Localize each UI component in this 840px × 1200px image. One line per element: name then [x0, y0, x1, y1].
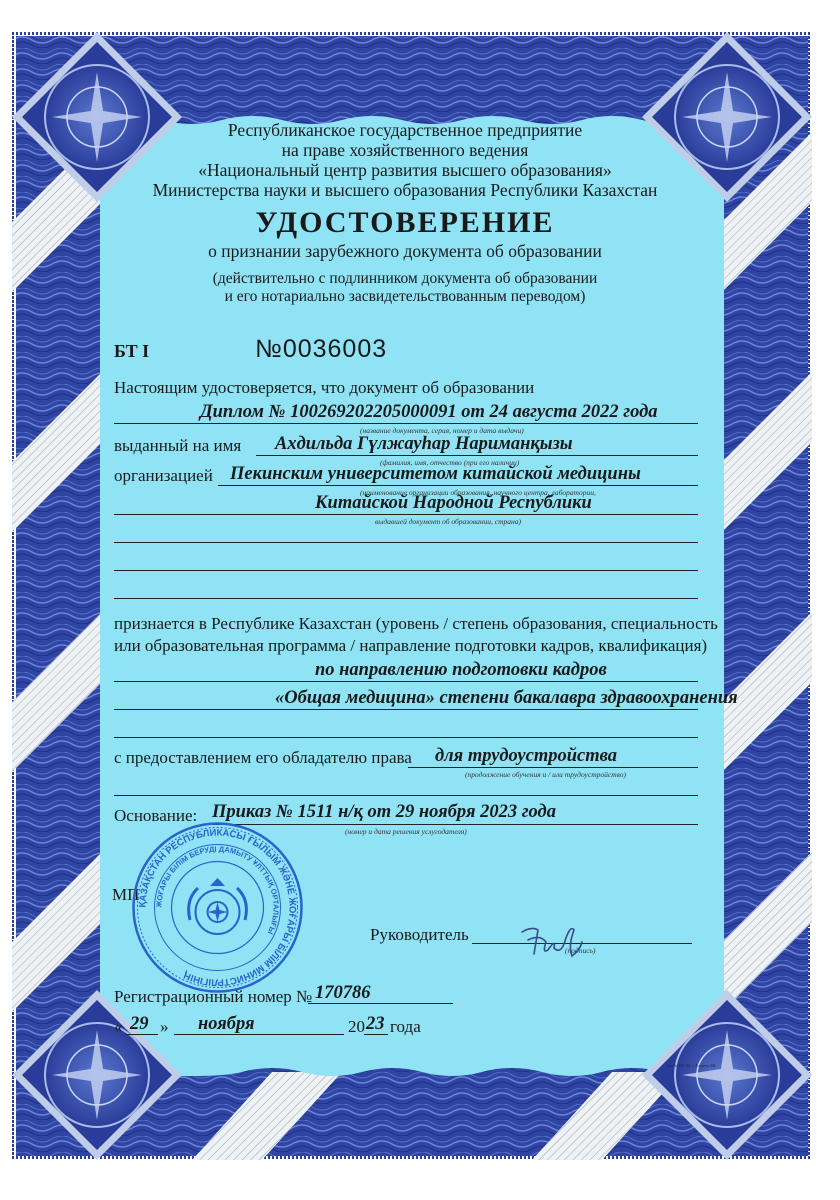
- validity-note-line: и его нотариально засвидетельствованным …: [100, 288, 710, 306]
- issuer-line: Республиканское государственное предприя…: [100, 120, 710, 140]
- document-series: БТ I: [114, 341, 149, 362]
- validity-note: (действительно с подлинником документа о…: [100, 270, 710, 306]
- rule-line: [114, 542, 698, 543]
- document-value: Диплом № 100269202205000091 от 24 август…: [200, 402, 658, 423]
- rule-line: [114, 795, 698, 796]
- rule-line: [114, 598, 698, 599]
- holder-name: Ахдильда Гүлжауһар Нариманқызы: [275, 434, 573, 455]
- rule-line: [126, 1034, 158, 1035]
- recognized-text-2: или образовательная программа / направле…: [114, 636, 698, 656]
- basis-caption: (номер и дата решения услугодателя): [345, 827, 467, 836]
- program-line-1: по направлению подготовки кадров: [315, 660, 607, 681]
- seal-emblem-icon: ҚАЗАҚСТАН РЕСПУБЛИКАСЫ ҒЫЛЫМ ЖӘНЕ ЖОҒАРЫ…: [130, 820, 305, 995]
- recognized-text-1: признается в Республике Казахстан (урове…: [114, 614, 698, 634]
- rule-line: [364, 1034, 388, 1035]
- rule-line: [218, 485, 698, 486]
- issuer-line: Министерства науки и высшего образования…: [100, 180, 710, 200]
- rule-line: [114, 709, 698, 710]
- rule-line: [174, 1034, 344, 1035]
- date-year-suffix: 23: [366, 1014, 385, 1035]
- rule-line: [114, 737, 698, 738]
- rule-line: [308, 1003, 453, 1004]
- country-caption: выдавшей документ об образовании, страна…: [375, 517, 521, 526]
- issuer-line: «Национальный центр развития высшего обр…: [100, 160, 710, 180]
- rights-caption: (продолжение обучения и / или трудоустро…: [465, 770, 626, 779]
- document-title: УДОСТОВЕРЕНИЕ: [100, 206, 710, 240]
- issuer-line: на праве хозяйственного ведения: [100, 140, 710, 160]
- rule-line: [114, 570, 698, 571]
- rule-line: [256, 455, 698, 456]
- rule-line: [114, 423, 698, 424]
- document-subtitle: о признании зарубежного документа об обр…: [100, 240, 710, 262]
- date-day: 29: [130, 1014, 149, 1035]
- signature: [518, 920, 588, 960]
- intro-text: Настоящим удостоверяется, что документ о…: [114, 378, 698, 398]
- reg-number: 170786: [315, 983, 371, 1004]
- head-label: Руководитель: [370, 925, 840, 945]
- rule-line: [408, 767, 698, 768]
- organization-value: Пекинским университетом китайской медици…: [230, 464, 641, 485]
- serial-row: БТ I №0036003: [100, 335, 710, 365]
- date-month: ноября: [198, 1014, 255, 1035]
- certificate-body: Республиканское государственное предприя…: [100, 120, 710, 306]
- document-number: №0036003: [255, 335, 387, 364]
- print-mark: Зак № 497-22, г. Алматы, 8Ф: [667, 1063, 716, 1068]
- rule-line: [114, 681, 698, 682]
- validity-note-line: (действительно с подлинником документа о…: [100, 270, 710, 288]
- issuer-header: Республиканское государственное предприя…: [100, 120, 710, 200]
- date-year-word: года: [390, 1017, 840, 1037]
- program-line-2: «Общая медицина» степени бакалавра здрав…: [275, 688, 738, 709]
- signature-scribble-icon: [518, 920, 588, 960]
- country-value: Китайской Народной Республики: [315, 493, 592, 514]
- rule-line: [114, 514, 698, 515]
- official-seal: ҚАЗАҚСТАН РЕСПУБЛИКАСЫ ҒЫЛЫМ ЖӘНЕ ЖОҒАРЫ…: [130, 820, 305, 995]
- rights-value: для трудоустройства: [435, 746, 617, 767]
